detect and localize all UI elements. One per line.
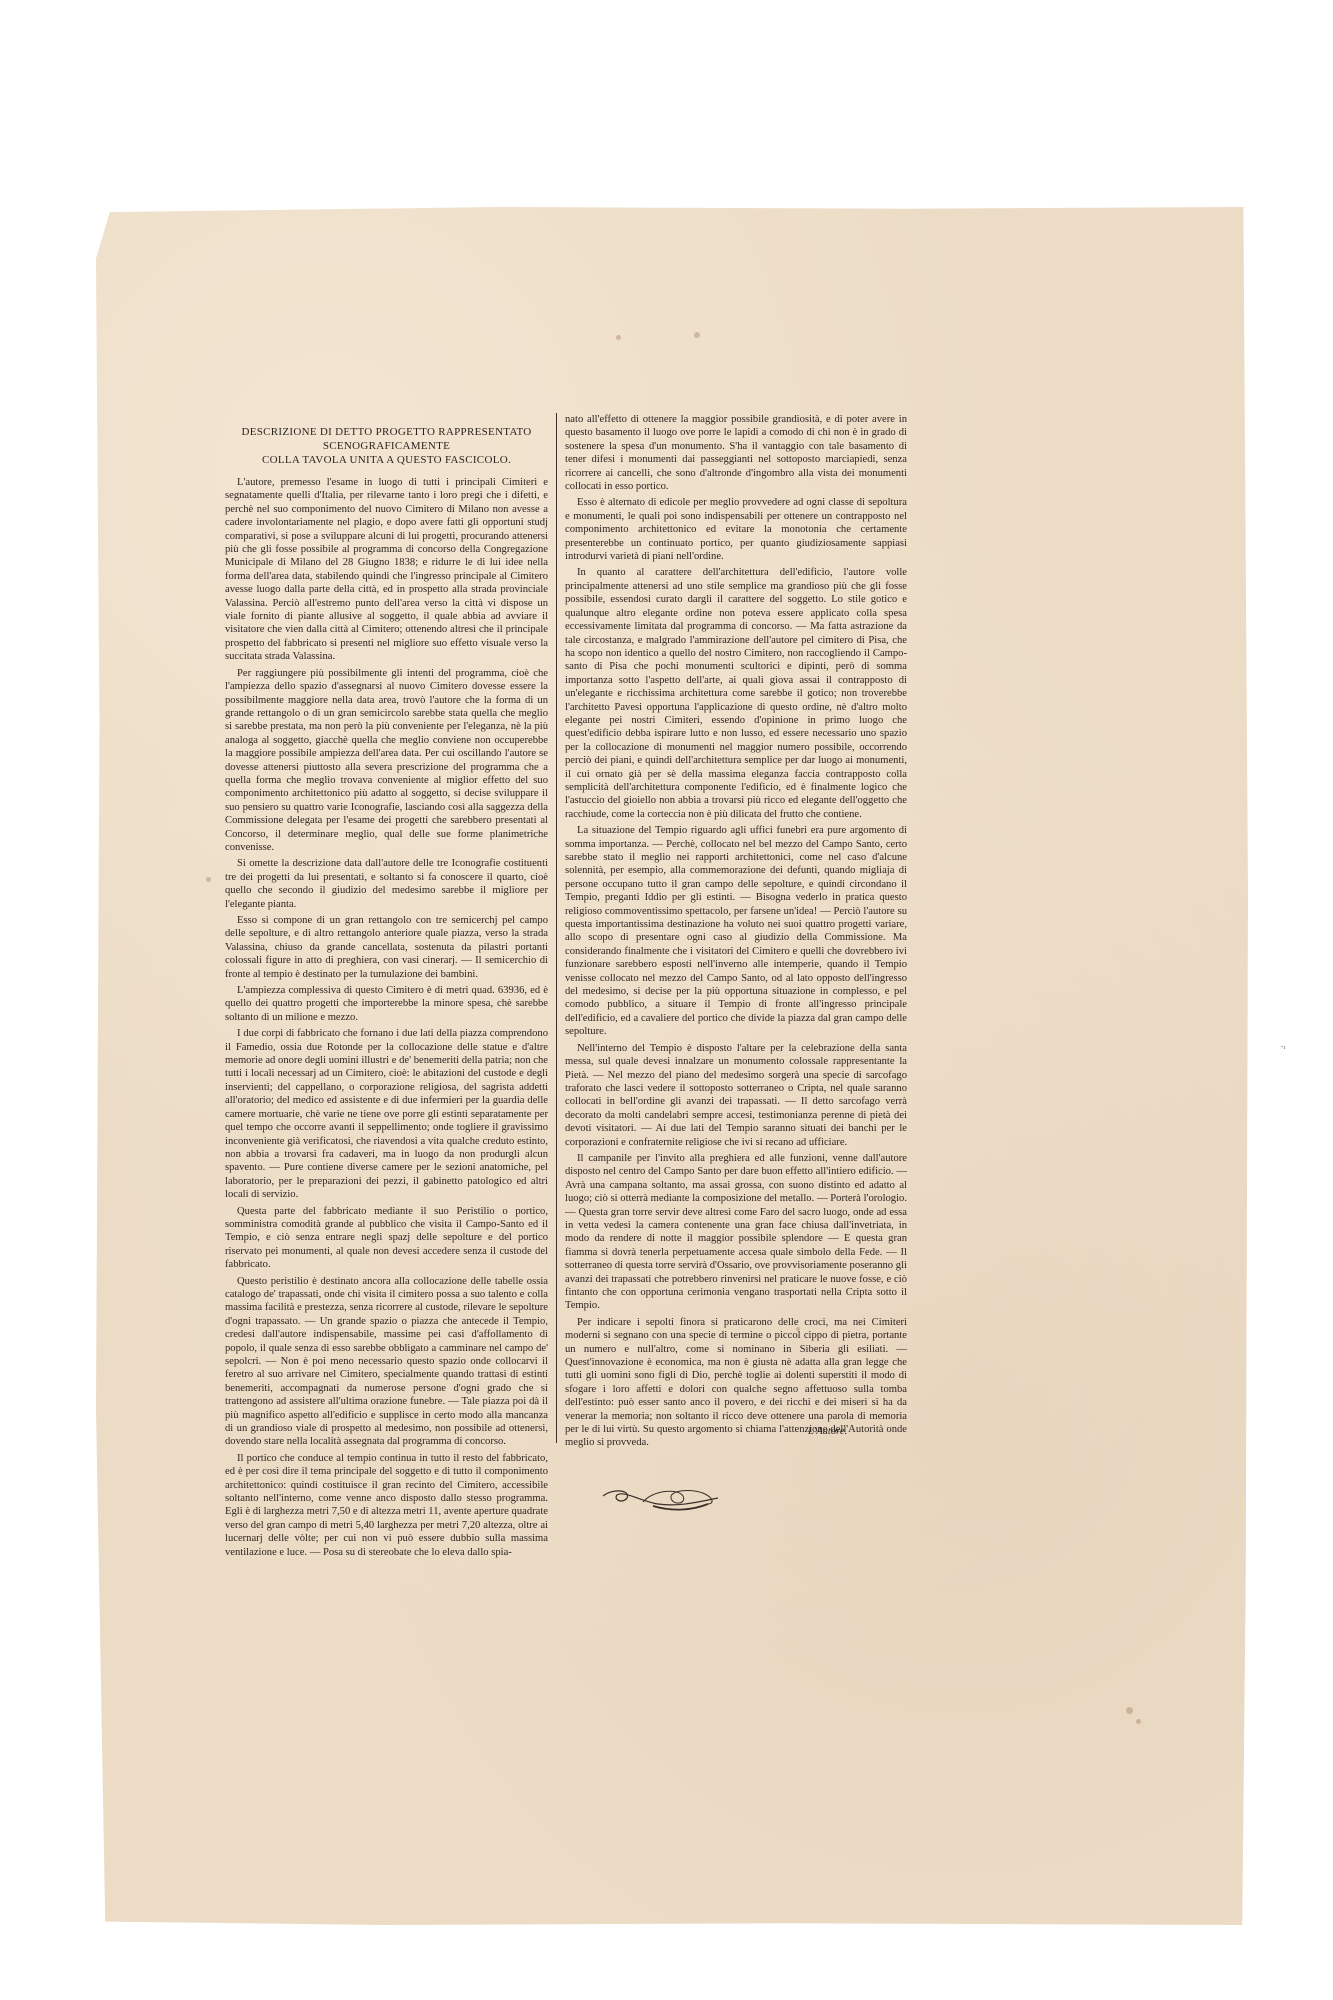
title-line-1: Descrizione di detto progetto rappresent…: [225, 425, 548, 453]
paragraph: Il portico che conduce al tempio continu…: [225, 1452, 548, 1559]
flourish-ornament-icon: [583, 1480, 733, 1520]
paragraph: Esso è alternato di edicole per meglio p…: [565, 496, 907, 563]
paragraph: Esso si compone di un gran rettangolo co…: [225, 914, 548, 981]
title-line-2: colla tavola unita a questo fascicolo.: [225, 453, 548, 467]
document-title: Descrizione di detto progetto rappresent…: [225, 425, 548, 467]
foxing-spot: [206, 877, 211, 882]
paragraph: Per raggiungere più possibilmente gli in…: [225, 667, 548, 855]
paragraph: nato all'effetto di ottenere la maggior …: [565, 413, 907, 493]
foxing-spot: [616, 335, 621, 340]
paragraph: L'ampiezza complessiva di questo Cimiter…: [225, 984, 548, 1024]
signature: L'Autore.: [808, 1426, 847, 1437]
foxing-spot: [1136, 1719, 1141, 1724]
paragraph: Nell'interno del Tempio è disposto l'alt…: [565, 1042, 907, 1149]
paragraph: Questo peristilio è destinato ancora all…: [225, 1275, 548, 1449]
paragraph: In quanto al carattere dell'architettura…: [565, 566, 907, 821]
foxing-spot: [694, 332, 700, 338]
left-column: Descrizione di detto progetto rappresent…: [225, 425, 548, 1562]
foxing-spot: [1126, 1707, 1133, 1714]
paragraph: Si omette la descrizione data dall'autor…: [225, 857, 548, 911]
paragraph: La situazione del Tempio riguardo agli u…: [565, 824, 907, 1039]
column-divider: [556, 413, 557, 1443]
edge-mark: ˇ¹: [1281, 1045, 1285, 1053]
paragraph: Il campanile per l'invito alla preghiera…: [565, 1152, 907, 1313]
paragraph: Questa parte del fabbricato mediante il …: [225, 1205, 548, 1272]
paragraph: L'autore, premesso l'esame in luogo di t…: [225, 476, 548, 664]
paragraph: I due corpi di fabbricato che fornano i …: [225, 1027, 548, 1201]
right-column: nato all'effetto di ottenere la maggior …: [565, 413, 907, 1453]
paragraph: Per indicare i sepolti finora si pratica…: [565, 1316, 907, 1450]
